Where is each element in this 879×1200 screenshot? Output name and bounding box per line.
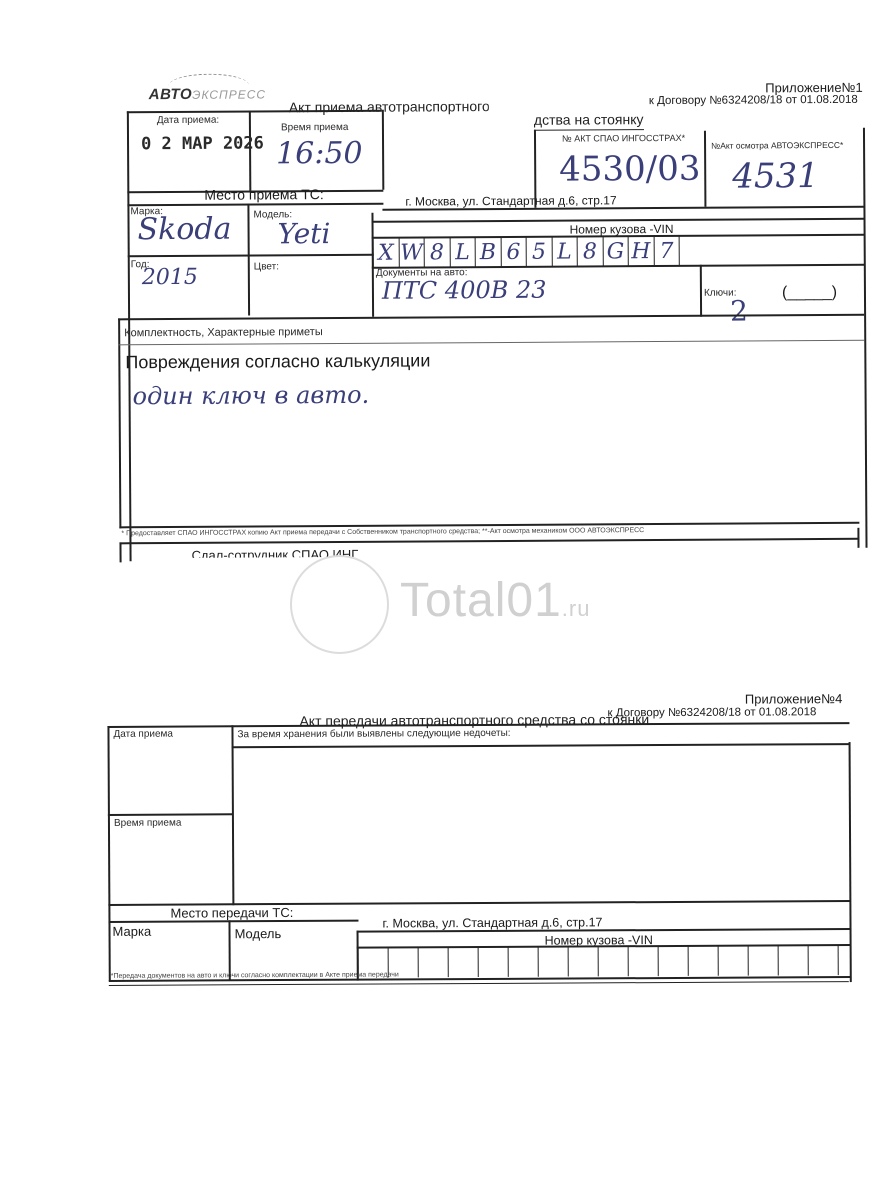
model-label-2: Модель [235, 926, 282, 941]
vin-cells: XW8LB65L8GH7 [373, 236, 680, 268]
acceptance-act-form: АВТОЭКСПРЕСС Приложение№1 к Договору №63… [0, 0, 879, 563]
color-label: Цвет: [254, 261, 279, 272]
keys-extra: (_____) [782, 284, 837, 302]
vin-empty-cell [658, 946, 688, 976]
vin-empty-cell [748, 945, 778, 975]
vin-char-cell: 6 [501, 237, 527, 267]
vin-char-cell: B [476, 237, 502, 267]
place-value: г. Москва, ул. Стандартная д.6, стр.17 [405, 193, 616, 208]
vin-char-cell: 7 [654, 236, 680, 266]
watermark: Total01.ru [290, 555, 620, 655]
vin-empty-cell [808, 945, 838, 975]
company-logo: АВТОЭКСПРЕСС [149, 85, 266, 103]
vin-char-cell: L [450, 237, 476, 267]
model-value: Yeti [277, 217, 330, 250]
vin-empty-cell [718, 946, 748, 976]
vin-char-cell: H [629, 236, 655, 266]
vin-char-cell: X [374, 238, 400, 268]
insurer-act-value: 4530/03 [559, 149, 700, 190]
footnote: * Предоставляет СПАО ИНГОССТРАХ копию Ак… [121, 527, 644, 537]
vin-empty-cell [538, 947, 568, 977]
documents-value: ПТС 400В 23 [382, 276, 547, 305]
date-stamp: 0 2 МАР 2026 [141, 133, 264, 154]
defects-label: За время хранения были выявлены следующи… [237, 728, 510, 740]
vin-empty-cell [478, 947, 508, 977]
vin-empty-cell [688, 946, 718, 976]
release-act-form: Приложение№4 к Договору №6324208/18 от 0… [0, 678, 879, 1003]
damage-handwritten-note: один ключ в авто. [132, 381, 369, 410]
appendix-number-2: Приложение№4 [745, 691, 843, 707]
date-label: Дата приема: [157, 115, 219, 126]
brand-label-2: Марка [112, 924, 151, 939]
time-value: 16:50 [276, 136, 363, 172]
vin-empty-cell [598, 946, 628, 976]
form-title-2: Акт передачи автотранспортного средства … [299, 711, 649, 729]
place-value-2: г. Москва, ул. Стандартная д.6, стр.17 [382, 915, 602, 930]
damage-printed-note: Повреждения согласно калькуляции [125, 350, 430, 373]
time-label-2: Время приема [114, 818, 181, 829]
inspection-act-label: №Акт осмотра АВТОЭКСПРЕСС* [711, 140, 843, 151]
vin-empty-cell [628, 946, 658, 976]
vin-cells-2 [358, 945, 868, 978]
vin-empty-cell [568, 946, 598, 976]
form-title-right: дства на стоянку [534, 111, 644, 128]
contract-reference: к Договору №6324208/18 от 01.08.2018 [649, 94, 858, 107]
form-title-left: Акт приема автотранспортного [289, 98, 490, 115]
time-label: Время приема [281, 122, 348, 133]
watermark-car-icon [290, 555, 389, 654]
inspection-act-value: 4531 [732, 156, 819, 197]
vin-char-cell: W [399, 237, 425, 267]
redacted-block [489, 102, 529, 118]
watermark-text: Total01.ru [400, 573, 590, 628]
keys-value: 2 [730, 294, 748, 327]
brand-value: Skoda [137, 212, 231, 248]
equipment-label: Комплектность, Характерные приметы [124, 326, 323, 339]
vin-char-cell: G [603, 236, 629, 266]
place-label-2: Место передачи ТС: [170, 905, 293, 921]
vin-char-cell: L [552, 237, 578, 267]
vin-empty-cell [508, 947, 538, 977]
vin-empty-cell [418, 947, 448, 977]
vin-empty-cell [778, 945, 808, 975]
place-label: Место приема ТС: [204, 186, 323, 203]
vin-empty-cell [448, 947, 478, 977]
vin-empty-cell [838, 945, 868, 975]
date-label-2: Дата приема [113, 729, 173, 740]
vin-char-cell: 8 [578, 236, 604, 266]
vin-char-cell: 5 [527, 237, 553, 267]
insurer-act-label: № АКТ СПАО ИНГОССТРАХ* [562, 133, 685, 144]
year-value: 2015 [142, 265, 198, 290]
vin-char-cell: 8 [425, 237, 451, 267]
